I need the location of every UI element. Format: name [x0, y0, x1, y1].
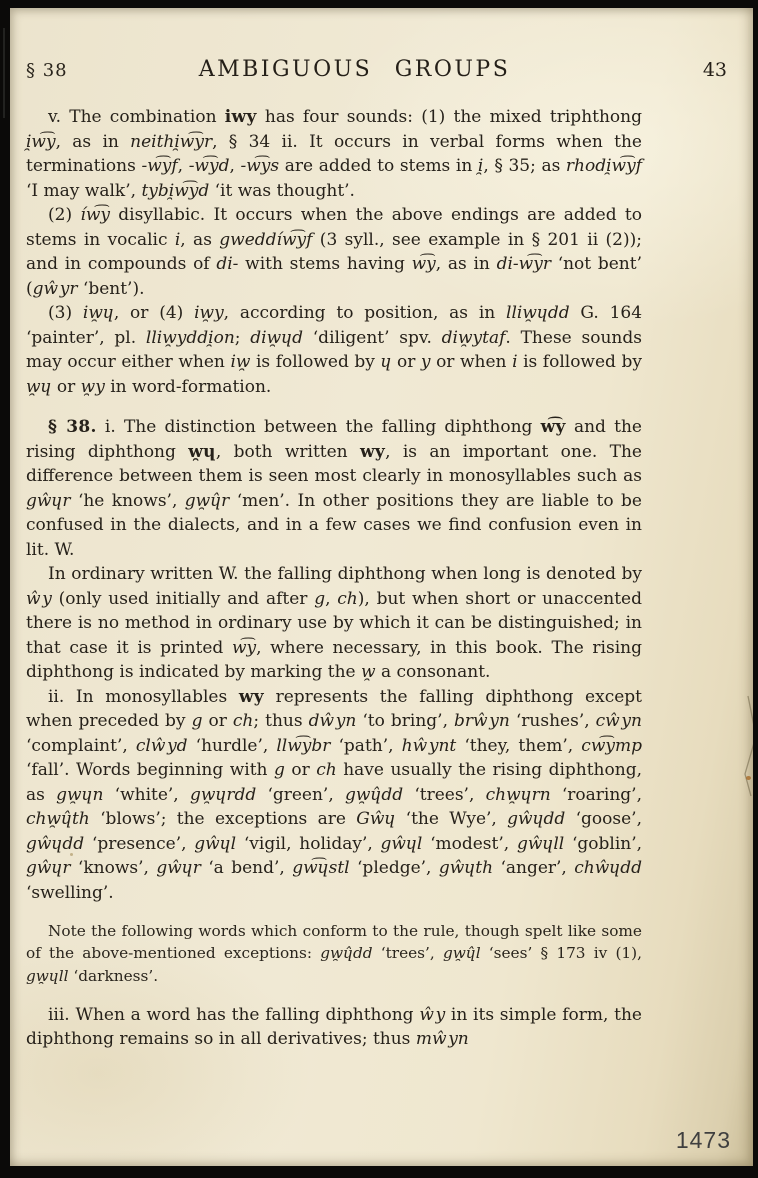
italic-run: tybi̯w͡yd	[141, 181, 209, 201]
italic-run: diw̯ytaf	[442, 328, 506, 348]
text-run: ‘knows’,	[71, 858, 157, 878]
italic-run: -w͡yd	[189, 156, 230, 176]
text-run: v. The combination	[48, 107, 225, 127]
italic-run: di-w͡yr	[497, 254, 551, 274]
section-marker: § 38	[26, 60, 102, 81]
paragraph-2-iwy-disyllabic: (2) íw͡y disyllabic. It occurs when the …	[26, 203, 642, 301]
text-run: ‘anger’,	[493, 858, 574, 878]
page-crease-mark	[727, 688, 753, 808]
italic-run: g	[314, 589, 325, 609]
text-run: ‘path’,	[330, 736, 401, 756]
italic-run: gw̯ɥrdd	[190, 785, 256, 805]
italic-run: cw͡ymp	[581, 736, 642, 756]
section-38-i-distinction: § 38. i. The distinction between the fal…	[26, 415, 642, 562]
text-run: ii. In monosyllables	[48, 687, 239, 707]
italic-run: diw̯ɥd	[250, 328, 303, 348]
italic-run: w̯ɥ	[26, 377, 52, 397]
text-run: (2)	[48, 205, 80, 225]
italic-run: g	[274, 760, 285, 780]
italic-run: w͡y	[232, 638, 256, 658]
italic-run: y	[421, 352, 431, 372]
bold-run: wy	[239, 687, 264, 707]
page-title: AMBIGUOUS GROUPS	[102, 57, 607, 82]
italic-run: Gŵɥ	[356, 809, 395, 829]
text-run: ,	[178, 156, 189, 176]
section-iii-derivatives: iii. When a word has the falling diphtho…	[26, 1003, 642, 1052]
text-run: ‘the Wye’,	[395, 809, 507, 829]
text-run: ‘modest’,	[422, 834, 517, 854]
text-run: , as in	[56, 132, 131, 152]
photo-black-border: § 38 AMBIGUOUS GROUPS 43 v. The combinat…	[0, 0, 758, 1178]
text-run: a consonant.	[376, 662, 491, 682]
italic-run: ɥ	[380, 352, 391, 372]
bold-run: § 38.	[48, 417, 97, 437]
italic-run: gŵɥdd	[26, 834, 84, 854]
text-run: or when	[431, 352, 513, 372]
book-page: § 38 AMBIGUOUS GROUPS 43 v. The combinat…	[10, 8, 753, 1166]
text-run: , both written	[216, 442, 360, 462]
italic-run: gweddíw͡yf	[219, 230, 312, 250]
italic-run: ch	[316, 760, 336, 780]
text-run: are added to stems in	[279, 156, 478, 176]
italic-run: gw̯ɥ̂l	[443, 944, 481, 962]
text-run: ‘swelling’.	[26, 883, 114, 903]
note-conforming-words: Note the following words which conform t…	[26, 920, 642, 987]
italic-run: chŵɥdd	[574, 858, 642, 878]
text-run: ‘presence’,	[84, 834, 194, 854]
text-run: ‘trees’,	[403, 785, 485, 805]
text-run: ‘I may walk’,	[26, 181, 141, 201]
scan-number: 1473	[676, 1127, 731, 1154]
italic-run: i̯w͡y	[26, 132, 56, 152]
italic-run: w͡y	[412, 254, 436, 274]
text-run: i. The distinction between the falling d…	[97, 417, 541, 437]
italic-run: chw̯ɥrn	[486, 785, 551, 805]
text-run: or	[52, 377, 81, 397]
text-run: ‘they, them’,	[456, 736, 581, 756]
running-head: § 38 AMBIGUOUS GROUPS 43	[26, 57, 727, 82]
italic-run: rhodi̯w͡yf	[566, 156, 642, 176]
text-run: ‘it was thought’.	[209, 181, 355, 201]
text-run: ‘complaint’,	[26, 736, 136, 756]
text-run: ‘pledge’,	[350, 858, 439, 878]
text-run: ‘rushes’,	[510, 711, 596, 731]
text-run: has four sounds: (1) the mixed triphthon…	[257, 107, 642, 127]
text-run: (only used initially and after	[52, 589, 314, 609]
italic-run: gŵyr	[33, 279, 78, 299]
text-run: ‘roaring’,	[551, 785, 642, 805]
text-run: In ordinary written W. the falling dipht…	[48, 564, 642, 584]
italic-run: -w͡yf	[141, 156, 177, 176]
section-ii-monosyllables: ii. In monosyllables wy represents the f…	[26, 685, 642, 906]
text-run: ‘white’,	[103, 785, 190, 805]
text-run: ‘he knows’,	[71, 491, 185, 511]
italic-run: llw͡ybr	[276, 736, 330, 756]
text-run: ‘to bring’,	[356, 711, 454, 731]
italic-run: gw̯ɥn	[56, 785, 103, 805]
italic-run: gŵɥll	[517, 834, 564, 854]
text-run: ‘diligent’ spv.	[303, 328, 442, 348]
italic-run: gŵɥr	[156, 858, 201, 878]
paragraph-ordinary-written-w: In ordinary written W. the falling dipht…	[26, 562, 642, 685]
italic-run: gŵɥl	[194, 834, 236, 854]
text-run: ‘goblin’,	[564, 834, 642, 854]
italic-run: ŵy	[26, 589, 52, 609]
page-body: v. The combination iwy has four sounds: …	[26, 105, 642, 1052]
italic-run: cŵyn	[596, 711, 642, 731]
italic-run: ch	[233, 711, 253, 731]
italic-run: neithi̯w͡yr	[130, 132, 212, 152]
italic-run: gw̯ɥ̂dd	[320, 944, 372, 962]
text-run: with stems having	[238, 254, 411, 274]
paragraph-v-iwy-sounds: v. The combination iwy has four sounds: …	[26, 105, 642, 203]
text-run: in word-formation.	[105, 377, 272, 397]
text-run: iii. When a word has the falling diphtho…	[48, 1005, 419, 1025]
italic-run: lliw̯ɥdd	[506, 303, 570, 323]
italic-run: iw̯ɥ	[83, 303, 114, 323]
text-run: ‘sees’ § 173 iv (1),	[481, 944, 642, 962]
bold-run: wy	[360, 442, 385, 462]
italic-run: -w͡ys	[241, 156, 280, 176]
italic-run: gŵɥl	[381, 834, 423, 854]
text-run: ‘vigil, holiday’,	[236, 834, 380, 854]
text-run: , according to position, as in	[224, 303, 506, 323]
italic-run: g	[192, 711, 203, 731]
italic-run: iw̯	[230, 352, 250, 372]
italic-run: di-	[216, 254, 238, 274]
bold-run: w͡y	[541, 417, 566, 437]
text-run: ,	[325, 589, 337, 609]
italic-run: gw̯ɥll	[26, 967, 69, 985]
text-run: ‘trees’,	[373, 944, 443, 962]
italic-run: hŵynt	[402, 736, 457, 756]
italic-run: w̯	[361, 662, 376, 682]
italic-run: gw̯ɥ̂dd	[345, 785, 403, 805]
italic-run: gŵɥr	[26, 491, 71, 511]
italic-run: dŵyn	[309, 711, 357, 731]
text-run: or	[391, 352, 420, 372]
italic-run: gw͡ɥstl	[292, 858, 349, 878]
text-run: (3)	[48, 303, 83, 323]
italic-run: mŵyn	[416, 1029, 469, 1049]
text-run: , as	[180, 230, 219, 250]
italic-run: gŵɥth	[439, 858, 493, 878]
italic-run: ch	[337, 589, 357, 609]
paper-speck-small	[70, 853, 73, 856]
text-run: or	[202, 711, 232, 731]
italic-run: lliw̯yddi̯on	[146, 328, 235, 348]
text-run: ‘goose’,	[565, 809, 642, 829]
italic-run: chw̯ɥ̂th	[26, 809, 90, 829]
text-run: ‘fall’. Words beginning with	[26, 760, 274, 780]
italic-run: w̯y	[81, 377, 105, 397]
text-run: is followed by	[518, 352, 642, 372]
text-run: ‘darkness’.	[69, 967, 159, 985]
italic-run: gw̯ɥ̂r	[185, 491, 230, 511]
italic-run: gŵɥr	[26, 858, 71, 878]
text-run: or	[285, 760, 316, 780]
page-number: 43	[607, 59, 727, 81]
italic-run: clŵyd	[136, 736, 188, 756]
text-run: , or (4)	[114, 303, 194, 323]
italic-run: iw̯y	[194, 303, 224, 323]
text-run: ‘bent’).	[78, 279, 145, 299]
paper-speck	[746, 776, 751, 780]
text-run: , as in	[436, 254, 497, 274]
text-run: , § 35; as	[483, 156, 566, 176]
text-run: ‘blows’; the exceptions are	[90, 809, 356, 829]
text-run: is followed by	[250, 352, 380, 372]
text-run: ;	[235, 328, 251, 348]
paragraph-3-4-iwy-position: (3) iw̯ɥ, or (4) iw̯y, according to posi…	[26, 301, 642, 399]
bold-run: iwy	[225, 107, 257, 127]
text-run: ; thus	[253, 711, 308, 731]
text-run: ‘hurdle’,	[188, 736, 277, 756]
italic-run: brŵyn	[454, 711, 510, 731]
italic-run: íw͡y	[80, 205, 110, 225]
text-run: ‘green’,	[256, 785, 345, 805]
text-run: ‘a bend’,	[201, 858, 292, 878]
bold-run: w̯ɥ	[188, 442, 216, 462]
italic-run: ŵy	[419, 1005, 445, 1025]
text-run: ,	[229, 156, 240, 176]
italic-run: gŵɥdd	[507, 809, 565, 829]
